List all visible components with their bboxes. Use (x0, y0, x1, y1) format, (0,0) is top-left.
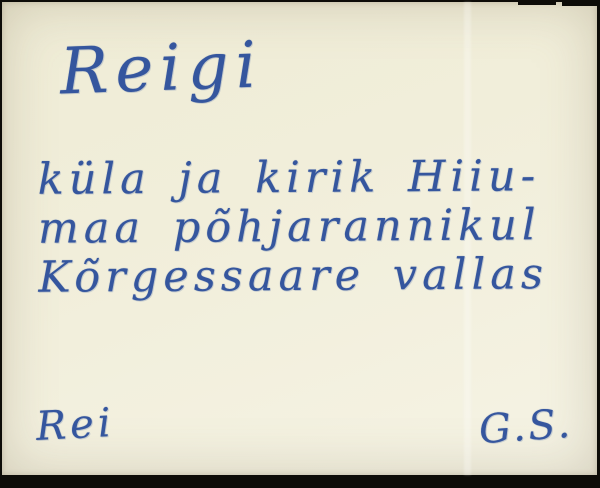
scan-edge-notch (518, 0, 556, 5)
body-line: küla ja kirik Hiiu- (37, 152, 547, 205)
handwritten-title: Reigi (59, 28, 264, 109)
scan-edge-notch (562, 0, 600, 6)
scan-background: Reigi küla ja kirik Hiiu- maa põhjaranni… (0, 0, 600, 488)
footer-initials: G.S. (478, 401, 575, 453)
handwritten-body: küla ja kirik Hiiu- maa põhjarannikul Kõ… (37, 152, 548, 303)
note-card: Reigi küla ja kirik Hiiu- maa põhjaranni… (2, 2, 597, 475)
body-line: Kõrgessaare vallas (38, 250, 548, 303)
body-line: maa põhjarannikul (38, 201, 548, 254)
footer-abbreviation: Rei (35, 400, 116, 450)
